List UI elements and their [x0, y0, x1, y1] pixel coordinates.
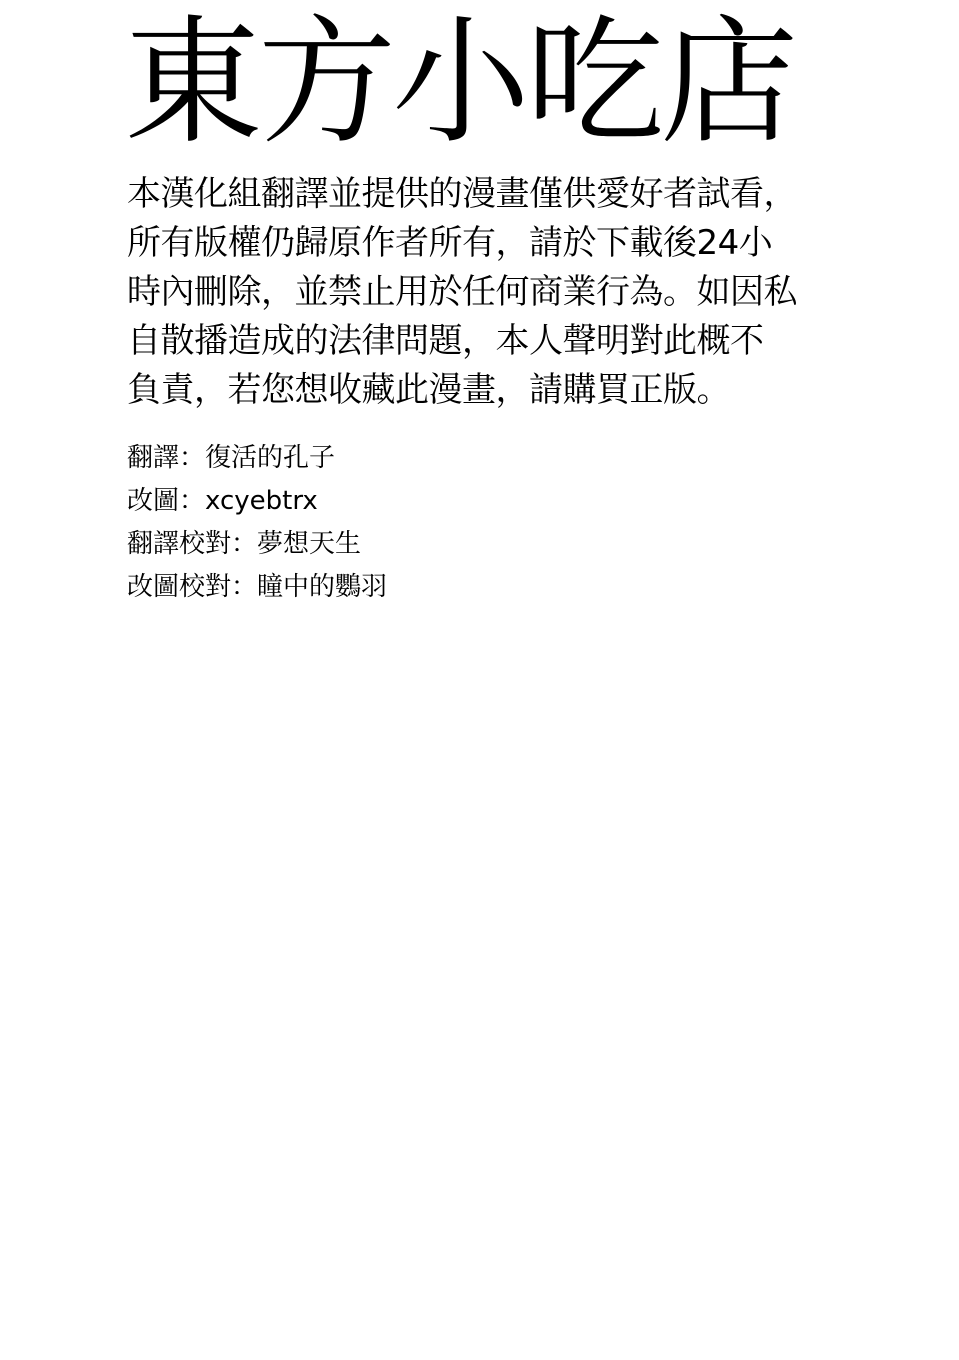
- credit-separator: ：: [231, 529, 257, 559]
- credit-role: 改圖: [127, 486, 179, 516]
- credit-name: 復活的孔子: [205, 443, 335, 473]
- credit-name: 瞳中的鸚羽: [257, 572, 387, 602]
- credit-role: 翻譯: [127, 443, 179, 473]
- credit-name: xcyebtrx: [205, 486, 318, 516]
- credit-translator: 翻譯：復活的孔子: [127, 437, 527, 480]
- disclaimer-line: 自散播造成的法律問題，本人聲明對此概不: [127, 317, 847, 366]
- disclaimer-line: 時內刪除，並禁止用於任何商業行為。如因私: [127, 268, 847, 317]
- disclaimer-line: 本漢化組翻譯並提供的漫畫僅供愛好者試看，: [127, 170, 847, 219]
- disclaimer-line: 負責，若您想收藏此漫畫，請購買正版。: [127, 366, 847, 415]
- disclaimer-line: 所有版權仍歸原作者所有，請於下載後24小: [127, 219, 847, 268]
- credit-role: 翻譯校對: [127, 529, 231, 559]
- credit-separator: ：: [179, 486, 205, 516]
- disclaimer-paragraph: 本漢化組翻譯並提供的漫畫僅供愛好者試看， 所有版權仍歸原作者所有，請於下載後24…: [127, 170, 847, 415]
- credit-edit-proofreader: 改圖校對：瞳中的鸚羽: [127, 566, 527, 609]
- credits-list: 翻譯：復活的孔子 改圖：xcyebtrx 翻譯校對：夢想天生 改圖校對：瞳中的鸚…: [127, 437, 527, 609]
- credit-separator: ：: [231, 572, 257, 602]
- scanlation-credit-page: 東方小吃店 本漢化組翻譯並提供的漫畫僅供愛好者試看， 所有版權仍歸原作者所有，請…: [0, 0, 959, 1360]
- credit-role: 改圖校對: [127, 572, 231, 602]
- credit-name: 夢想天生: [257, 529, 361, 559]
- page-title: 東方小吃店: [124, 8, 844, 158]
- credit-editor: 改圖：xcyebtrx: [127, 480, 527, 523]
- credit-translation-proofreader: 翻譯校對：夢想天生: [127, 523, 527, 566]
- credit-separator: ：: [179, 443, 205, 473]
